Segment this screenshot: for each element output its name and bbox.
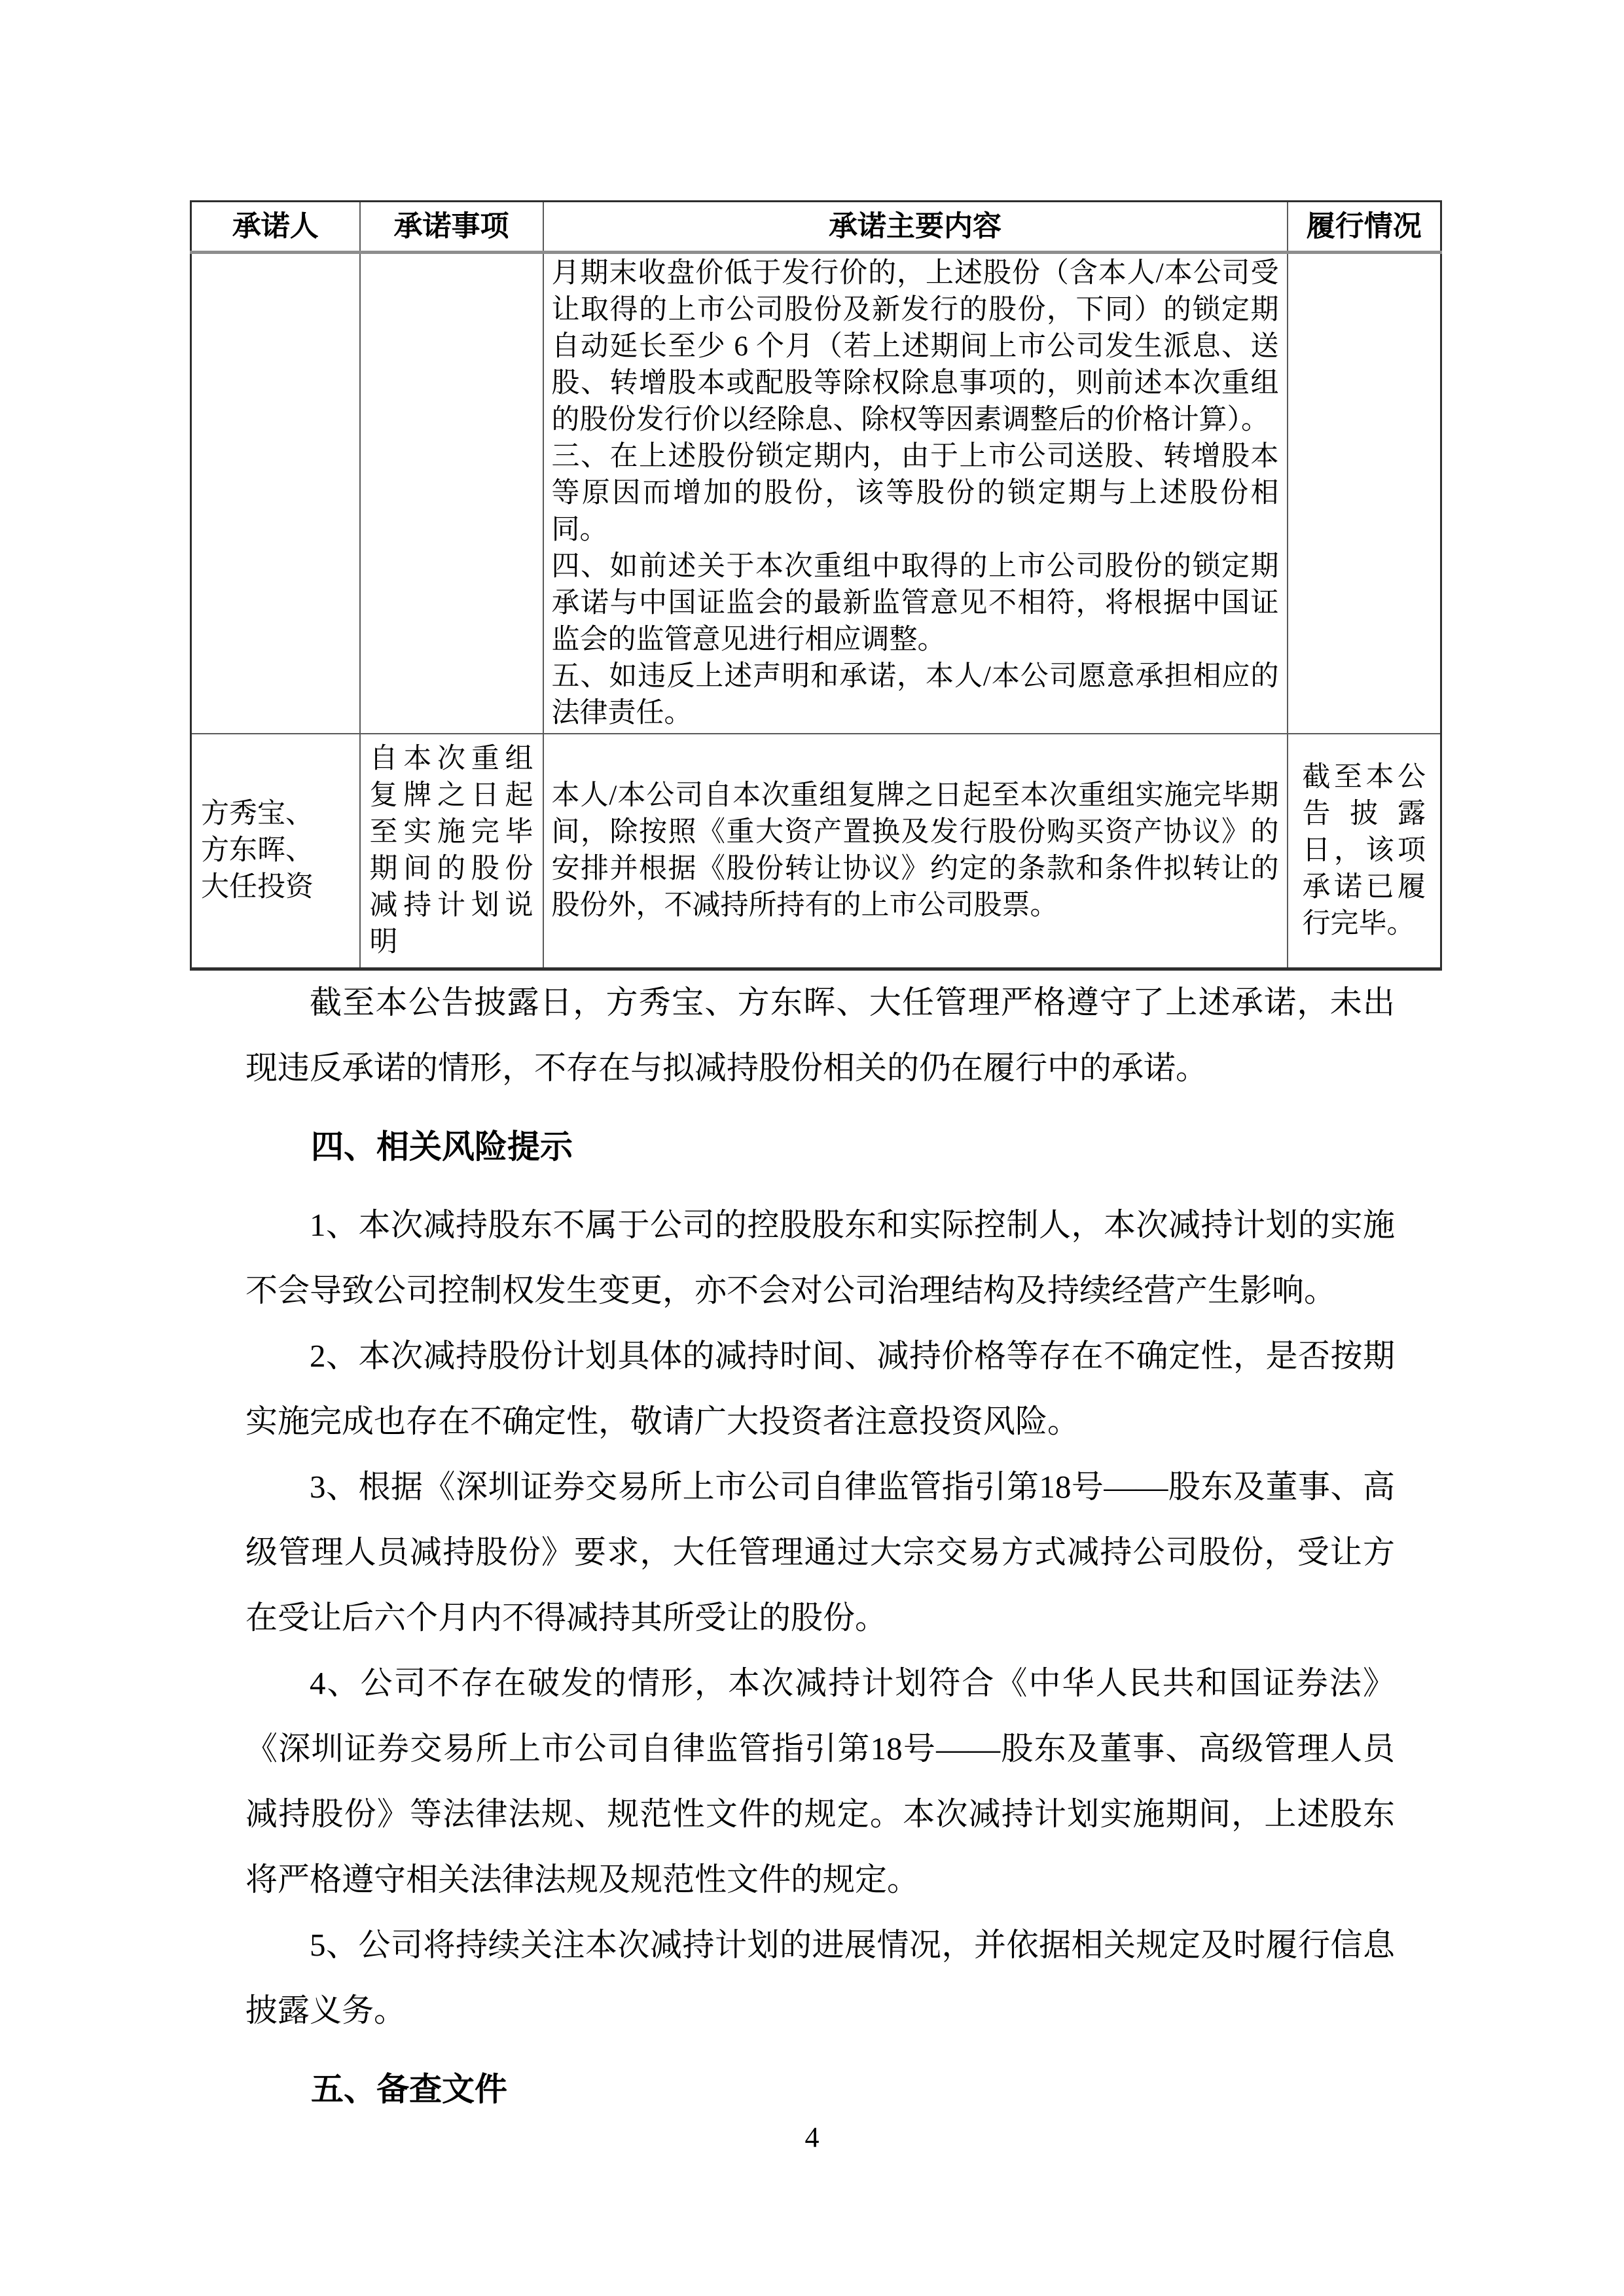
content-paragraph: 三、在上述股份锁定期内，由于上市公司送股、转增股本等原因而增加的股份，该等股份的… [552,439,1279,548]
risk-paragraph-4: 4、公司不存在破发的情形，本次减持计划符合《中华人民共和国证券法》《深圳证券交易… [245,1651,1395,1912]
header-performance-status: 履行情况 [1288,202,1441,253]
content-paragraph: 月期末收盘价低于发行价的，上述股份（含本人/本公司受让取得的上市公司股份及新发行… [552,255,1279,439]
risk-paragraph-3: 3、根据《深圳证券交易所上市公司自律监管指引第18号——股东及董事、高级管理人员… [245,1454,1395,1651]
risk-paragraph-2: 2、本次减持股份计划具体的减持时间、减持价格等存在不确定性，是否按期实施完成也存… [245,1323,1395,1454]
status-cell: 截至本公告披露日，该项承诺已履行完毕。 [1288,734,1441,969]
page-number: 4 [0,2119,1624,2156]
header-promisor: 承诺人 [191,202,360,253]
table-row-continuation: 月期末收盘价低于发行价的，上述股份（含本人/本公司受让取得的上市公司股份及新发行… [191,253,1441,734]
promisor-cell-empty [191,253,360,734]
item-cell-empty [360,253,543,734]
section-heading-docs: 五、备查文件 [245,2056,1395,2122]
section-heading-risk: 四、相关风险提示 [245,1114,1395,1179]
summary-paragraph: 截至本公告披露日，方秀宝、方东晖、大任管理严格遵守了上述承诺，未出现违反承诺的情… [245,970,1395,1101]
table-header-row: 承诺人 承诺事项 承诺主要内容 履行情况 [191,202,1441,253]
document-page: 承诺人 承诺事项 承诺主要内容 履行情况 月期末收盘价低于发行价的，上述股份（含… [0,0,1624,2296]
table-row-plan: 方秀宝、 方东晖、 大任投资 自本次重组复牌之日起至实施完毕期间的股份减持计划说… [191,734,1441,969]
header-commitment-item: 承诺事项 [360,202,543,253]
commitment-content-cell: 月期末收盘价低于发行价的，上述股份（含本人/本公司受让取得的上市公司股份及新发行… [543,253,1288,734]
promisor-cell: 方秀宝、 方东晖、 大任投资 [191,734,360,969]
risk-paragraph-5: 5、公司将持续关注本次减持计划的进展情况，并依据相关规定及时履行信息披露义务。 [245,1912,1395,2043]
commitments-table: 承诺人 承诺事项 承诺主要内容 履行情况 月期末收盘价低于发行价的，上述股份（含… [190,200,1442,971]
content-paragraph: 五、如违反上述声明和承诺，本人/本公司愿意承担相应的法律责任。 [552,658,1279,732]
risk-paragraph-1: 1、本次减持股东不属于公司的控股股东和实际控制人，本次减持计划的实施不会导致公司… [245,1193,1395,1323]
document-body: 截至本公告披露日，方秀宝、方东晖、大任管理严格遵守了上述承诺，未出现违反承诺的情… [245,970,1395,2135]
commitment-item-cell: 自本次重组复牌之日起至实施完毕期间的股份减持计划说明 [360,734,543,969]
commitment-content-cell: 本人/本公司自本次重组复牌之日起至本次重组实施完毕期间，除按照《重大资产置换及发… [543,734,1288,969]
status-cell-empty [1288,253,1441,734]
header-commitment-content: 承诺主要内容 [543,202,1288,253]
content-paragraph: 四、如前述关于本次重组中取得的上市公司股份的锁定期承诺与中国证监会的最新监管意见… [552,548,1279,658]
